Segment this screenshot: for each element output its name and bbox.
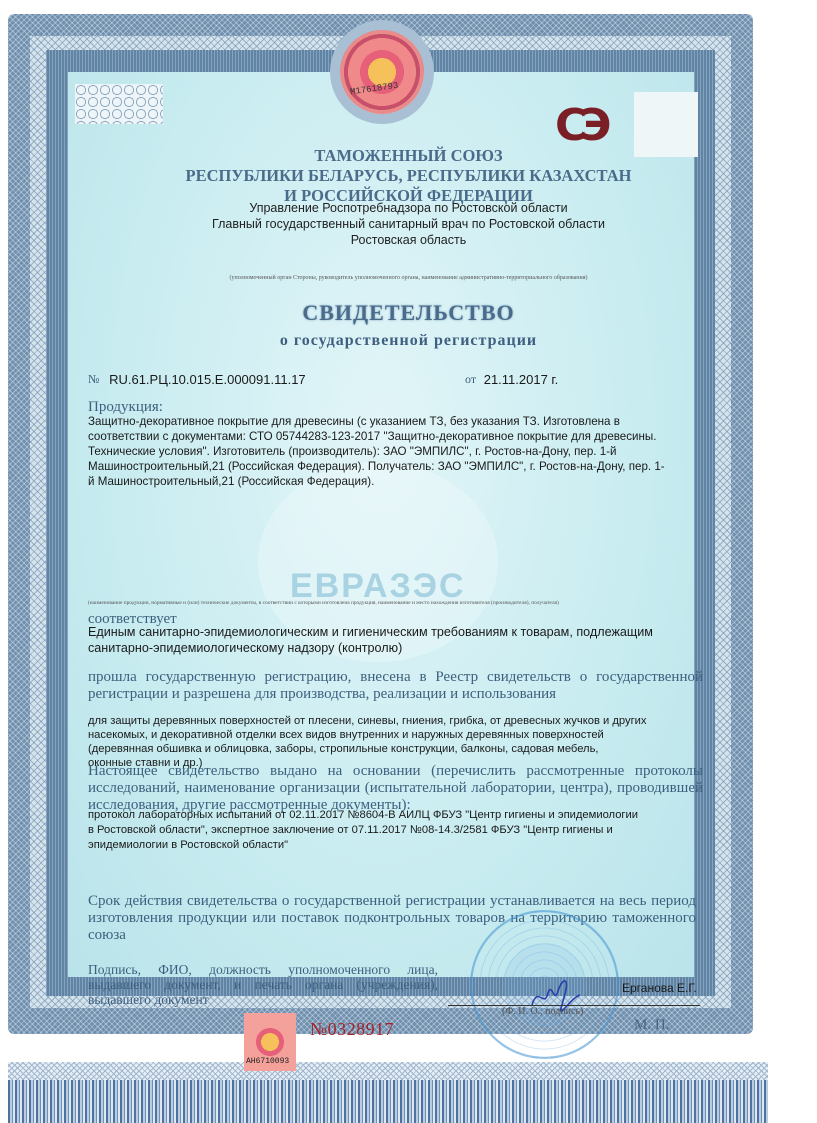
certificate-title: СВИДЕТЕЛЬСТВО bbox=[0, 300, 817, 326]
hologram-top: М17618793 bbox=[340, 30, 424, 114]
complies-line: санитарно-эпидемиологическому надзору (к… bbox=[88, 640, 708, 656]
hologram-bottom: АН6710093 bbox=[244, 1013, 296, 1071]
basis-line: протокол лабораторных испытаний от 02.11… bbox=[88, 808, 708, 823]
issuing-authority: Управление Роспотребнадзора по Ростовско… bbox=[0, 200, 817, 248]
usage-line: насекомых, и декоративной отделки всех в… bbox=[88, 728, 708, 742]
product-line: Технические условия". Изготовитель (прои… bbox=[88, 444, 708, 459]
usage-line: (деревянная обшивка и облицовка, заборы,… bbox=[88, 742, 708, 756]
union-header: ТАМОЖЕННЫЙ СОЮЗ РЕСПУБЛИКИ БЕЛАРУСЬ, РЕС… bbox=[0, 146, 817, 206]
registration-statement: прошла государственную регистрацию, внес… bbox=[88, 669, 703, 703]
hologram-bottom-number: АН6710093 bbox=[246, 1057, 289, 1066]
product-line: соответствии с документами: СТО 05744283… bbox=[88, 429, 708, 444]
basis-statement: Настоящее свидетельство выдано на основа… bbox=[88, 763, 703, 814]
certificate-number: RU.61.РЦ.10.015.Е.000091.11.17 bbox=[109, 372, 306, 387]
fio-caption: (Ф. И. О., подпись) bbox=[502, 1006, 583, 1017]
usage-line: для защиты деревянных поверхностей от пл… bbox=[88, 714, 708, 728]
product-line: Защитно-декоративное покрытие для древес… bbox=[88, 414, 708, 429]
validity-statement: Срок действия свидетельства о государств… bbox=[88, 893, 696, 944]
union-header-line2: РЕСПУБЛИКИ БЕЛАРУСЬ, РЕСПУБЛИКИ КАЗАХСТА… bbox=[0, 166, 817, 186]
se-mark-logo: СЭ bbox=[555, 100, 604, 151]
signature-caption: Подпись, ФИО, должность уполномоченного … bbox=[88, 962, 438, 1007]
bottom-mesh-border bbox=[8, 1062, 768, 1082]
basis-documents: протокол лабораторных испытаний от 02.11… bbox=[88, 808, 708, 853]
stamp-place-label: М. П. bbox=[634, 1017, 669, 1034]
corner-ornament bbox=[75, 84, 163, 124]
authority-line1: Управление Роспотребнадзора по Ростовско… bbox=[0, 200, 817, 216]
certificate-number-row: № RU.61.РЦ.10.015.Е.000091.11.17 bbox=[88, 372, 306, 387]
product-caption: (наименование продукции, нормативные и (… bbox=[88, 600, 708, 606]
signatory-name: Ерганова Е.Г. bbox=[622, 981, 697, 995]
certificate-date-row: от 21.11.2017 г. bbox=[465, 372, 558, 387]
union-header-line1: ТАМОЖЕННЫЙ СОЮЗ bbox=[0, 146, 817, 166]
date-label: от bbox=[465, 372, 476, 386]
certificate-subtitle: о государственной регистрации bbox=[0, 332, 817, 350]
product-description: Защитно-декоративное покрытие для древес… bbox=[88, 414, 708, 489]
authority-line3: Ростовская область bbox=[0, 232, 817, 248]
product-line: Машиностроительный,21 (Российская Федера… bbox=[88, 459, 708, 474]
complies-line: Единым санитарно-эпидемиологическим и ги… bbox=[88, 624, 708, 640]
basis-line: эпидемиологии в Ростовской области" bbox=[88, 838, 708, 853]
authority-line2: Главный государственный санитарный врач … bbox=[0, 216, 817, 232]
basis-line: в Ростовской области", экспертное заключ… bbox=[88, 823, 708, 838]
product-line: й Машиностроительный,21 (Российская Феде… bbox=[88, 474, 708, 489]
number-label: № bbox=[88, 372, 99, 386]
certificate-date: 21.11.2017 г. bbox=[484, 372, 558, 387]
complies-requirements: Единым санитарно-эпидемиологическим и ги… bbox=[88, 624, 708, 656]
bottom-scan-strip bbox=[8, 1080, 768, 1123]
hologram-top-number: М17618793 bbox=[350, 81, 400, 98]
form-serial-number: №0328917 bbox=[310, 1019, 394, 1040]
usage-scope: для защиты деревянных поверхностей от пл… bbox=[88, 714, 708, 770]
authority-caption: (уполномоченный орган Стороны, руководит… bbox=[0, 275, 817, 281]
